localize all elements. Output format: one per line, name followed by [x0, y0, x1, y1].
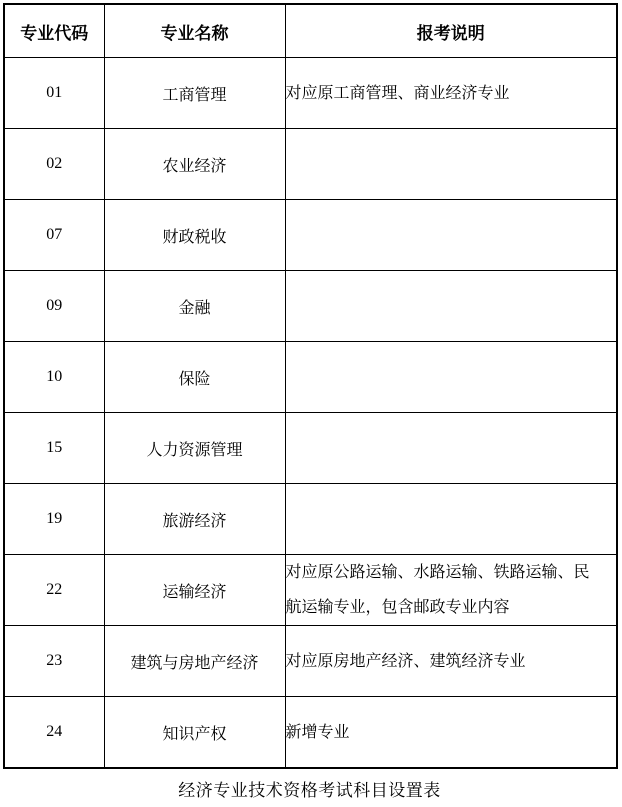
- table-row: 02 农业经济: [4, 129, 617, 200]
- cell-name: 人力资源管理: [104, 413, 285, 484]
- table-row: 23 建筑与房地产经济 对应原房地产经济、建筑经济专业: [4, 626, 617, 697]
- cell-note: [285, 413, 617, 484]
- col-header-name: 专业名称: [104, 4, 285, 58]
- cell-code: 19: [4, 484, 104, 555]
- col-header-code: 专业代码: [4, 4, 104, 58]
- cell-name: 金融: [104, 271, 285, 342]
- table-row: 22 运输经济 对应原公路运输、水路运输、铁路运输、民 航运输专业，包含邮政专业…: [4, 555, 617, 626]
- subject-table: 专业代码 专业名称 报考说明 01 工商管理 对应原工商管理、商业经济专业 02…: [3, 3, 618, 769]
- cell-name: 知识产权: [104, 697, 285, 769]
- cell-note: [285, 271, 617, 342]
- table-caption: 经济专业技术资格考试科目设置表: [3, 776, 616, 801]
- cell-note: [285, 342, 617, 413]
- cell-code: 09: [4, 271, 104, 342]
- cell-code: 02: [4, 129, 104, 200]
- table-header: 专业代码 专业名称 报考说明: [4, 4, 617, 58]
- cell-note: [285, 484, 617, 555]
- table-row: 07 财政税收: [4, 200, 617, 271]
- cell-name: 农业经济: [104, 129, 285, 200]
- cell-note: [285, 200, 617, 271]
- cell-name: 建筑与房地产经济: [104, 626, 285, 697]
- table-body: 01 工商管理 对应原工商管理、商业经济专业 02 农业经济 07 财政税收 0…: [4, 58, 617, 769]
- cell-name: 财政税收: [104, 200, 285, 271]
- cell-code: 22: [4, 555, 104, 626]
- table-row: 09 金融: [4, 271, 617, 342]
- table-row: 10 保险: [4, 342, 617, 413]
- table-row: 24 知识产权 新增专业: [4, 697, 617, 769]
- table-row: 19 旅游经济: [4, 484, 617, 555]
- cell-code: 15: [4, 413, 104, 484]
- table-row: 01 工商管理 对应原工商管理、商业经济专业: [4, 58, 617, 129]
- page: 专业代码 专业名称 报考说明 01 工商管理 对应原工商管理、商业经济专业 02…: [0, 0, 622, 807]
- cell-name: 保险: [104, 342, 285, 413]
- cell-code: 07: [4, 200, 104, 271]
- cell-note: 对应原工商管理、商业经济专业: [285, 58, 617, 129]
- cell-note: 对应原房地产经济、建筑经济专业: [285, 626, 617, 697]
- cell-code: 10: [4, 342, 104, 413]
- header-row: 专业代码 专业名称 报考说明: [4, 4, 617, 58]
- cell-code: 23: [4, 626, 104, 697]
- cell-code: 24: [4, 697, 104, 769]
- col-header-note: 报考说明: [285, 4, 617, 58]
- cell-note: 新增专业: [285, 697, 617, 769]
- cell-code: 01: [4, 58, 104, 129]
- cell-name: 工商管理: [104, 58, 285, 129]
- cell-note: 对应原公路运输、水路运输、铁路运输、民 航运输专业，包含邮政专业内容: [285, 555, 617, 626]
- cell-name: 旅游经济: [104, 484, 285, 555]
- cell-note: [285, 129, 617, 200]
- table-row: 15 人力资源管理: [4, 413, 617, 484]
- cell-name: 运输经济: [104, 555, 285, 626]
